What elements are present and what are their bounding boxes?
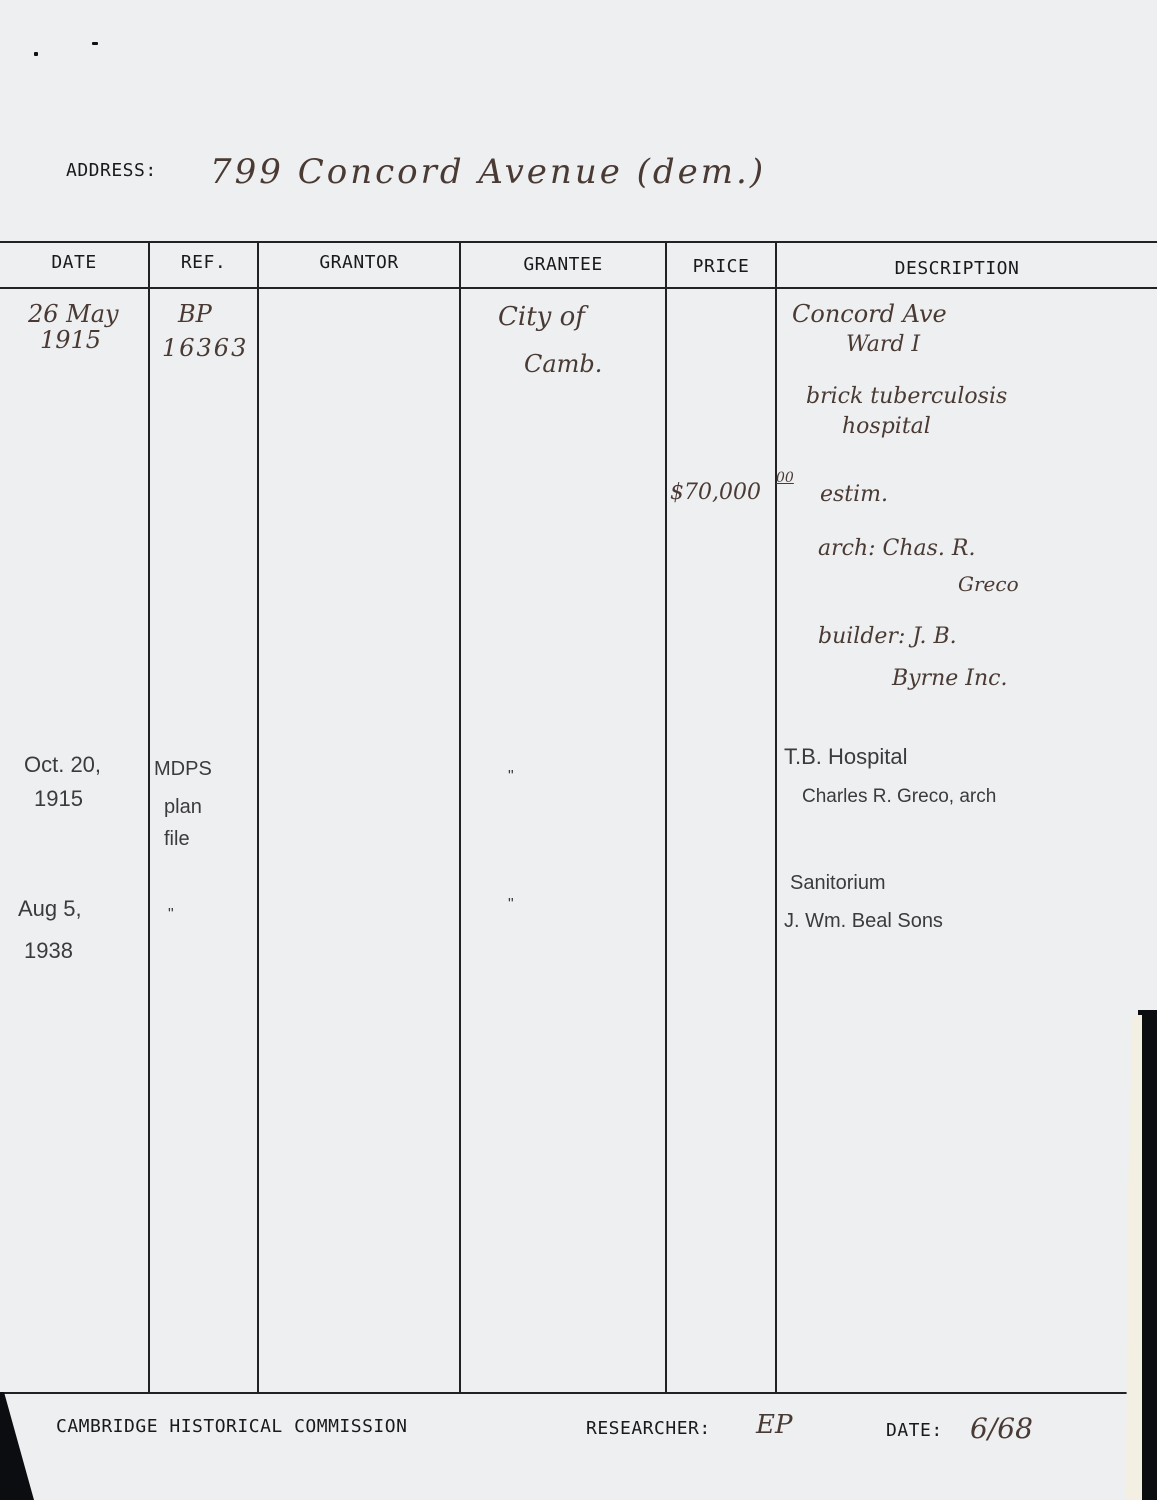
footer-researcher-value: EP xyxy=(756,1410,792,1440)
col-header-description: DESCRIPTION xyxy=(777,258,1137,279)
entry-ref: 16363 xyxy=(162,334,248,362)
entry-grantee: " xyxy=(508,896,514,914)
entry-description-line: arch: Chas. R. xyxy=(818,536,975,561)
entry-price-cents: 00 xyxy=(776,470,794,486)
entry-description-line: estim. xyxy=(820,482,888,507)
col-header-grantee: GRANTEE xyxy=(461,254,665,275)
speck xyxy=(92,42,98,45)
col-rule xyxy=(459,241,461,1392)
entry-description-line: Ward I xyxy=(846,332,920,357)
entry-description-line: J. Wm. Beal Sons xyxy=(784,910,943,933)
col-rule xyxy=(775,241,777,1392)
footer-organization: CAMBRIDGE HISTORICAL COMMISSION xyxy=(56,1416,407,1437)
address-value: 799 Concord Avenue (dem.) xyxy=(210,152,766,192)
header-bottom-rule xyxy=(0,287,1157,289)
entry-ref: BP xyxy=(178,300,212,328)
col-header-price: PRICE xyxy=(667,256,775,277)
col-header-date: DATE xyxy=(0,252,148,273)
col-rule xyxy=(665,241,667,1392)
entry-date: 1938 xyxy=(24,938,73,964)
entry-date: 1915 xyxy=(34,786,83,812)
entry-description-line: hospital xyxy=(842,414,931,439)
entry-date: 1915 xyxy=(40,326,101,354)
col-header-ref: REF. xyxy=(150,252,257,273)
col-rule xyxy=(148,241,150,1392)
footer-date-value: 6/68 xyxy=(970,1412,1033,1445)
entry-description-line: Byrne Inc. xyxy=(892,666,1007,691)
entry-description-line: T.B. Hospital xyxy=(784,744,908,770)
entry-date: Oct. 20, xyxy=(24,752,101,778)
entry-grantee: " xyxy=(508,768,514,786)
entry-ref: plan xyxy=(164,796,202,819)
record-card: ADDRESS: 799 Concord Avenue (dem.) DATE … xyxy=(0,0,1157,1500)
entry-grantee: City of xyxy=(498,302,585,332)
entry-ref: MDPS xyxy=(154,758,212,781)
entry-description-line: brick tuberculosis xyxy=(806,384,1007,409)
entry-description-line: Sanitorium xyxy=(790,872,886,895)
entry-price: $70,000 xyxy=(670,480,761,505)
entry-date: Aug 5, xyxy=(18,896,82,922)
footer-researcher-label: RESEARCHER: xyxy=(586,1418,711,1439)
scan-background xyxy=(0,1392,40,1500)
col-rule xyxy=(257,241,259,1392)
speck xyxy=(34,52,38,56)
col-header-grantor: GRANTOR xyxy=(259,252,459,273)
table-top-rule xyxy=(0,241,1157,243)
address-label: ADDRESS: xyxy=(66,160,157,181)
entry-grantee: Camb. xyxy=(524,350,602,378)
entry-ref: " xyxy=(168,906,174,924)
entry-description-line: builder: J. B. xyxy=(818,624,957,649)
footer-date-label: DATE: xyxy=(886,1420,943,1441)
table-bottom-rule xyxy=(0,1392,1140,1394)
entry-ref: file xyxy=(164,828,190,851)
entry-description-line: Greco xyxy=(958,572,1019,596)
paper-fold-edge xyxy=(1126,1015,1142,1500)
entry-description-line: Concord Ave xyxy=(792,300,947,328)
entry-date: 26 May xyxy=(28,300,119,328)
entry-description-line: Charles R. Greco, arch xyxy=(802,786,996,808)
